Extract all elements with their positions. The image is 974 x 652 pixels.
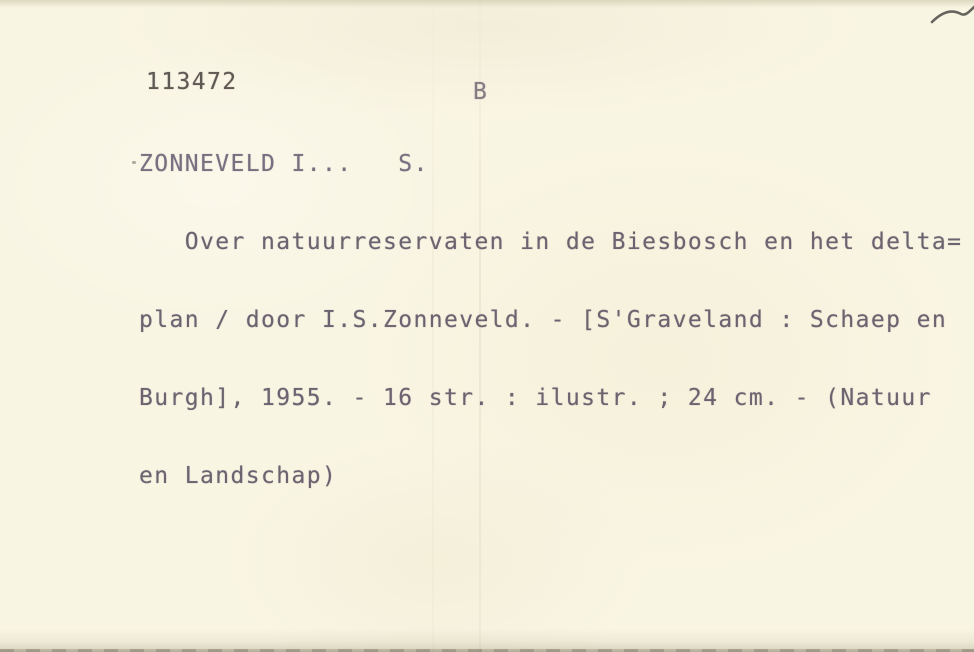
description-line: Burgh], 1955. - 16 str. : ilustr. ; 24 c…: [139, 385, 962, 411]
description-line: Over natuurreservaten in de Biesbosch en…: [139, 229, 962, 255]
scan-edge-bottom: [0, 628, 974, 652]
accession-number: 113472: [146, 69, 237, 95]
description-line: plan / door I.S.Zonneveld. - [S'Gravelan…: [139, 307, 962, 333]
description-line: en Landschap): [139, 463, 962, 489]
author-heading: ZONNEVELD I... S.: [139, 151, 429, 177]
bibliographic-description: Over natuurreservaten in de Biesbosch en…: [139, 177, 962, 541]
catalog-card: 113472 B ZONNEVELD I... S. Over natuurre…: [0, 0, 974, 652]
scan-edge-top: [0, 0, 974, 8]
classification-letter: B: [473, 79, 488, 105]
ink-dot-mark: [132, 161, 136, 164]
